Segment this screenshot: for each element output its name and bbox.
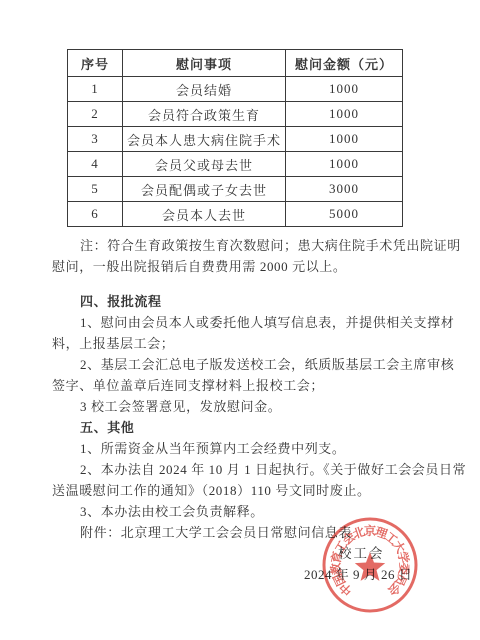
note-line: 注：符合生育政策按生育次数慰问；患大病住院手术凭出院证明 [52, 235, 434, 256]
paragraph-line: 送温暖慰问工作的通知》（2018）110 号文同时废止。 [52, 480, 434, 501]
table-row: 6 会员本人去世 5000 [68, 202, 403, 227]
cell-serial: 1 [68, 77, 123, 102]
section-heading-other: 五、其他 [52, 417, 434, 438]
paragraph-line: 1、所需资金从当年预算内工会经费中列支。 [52, 438, 434, 459]
document-content: 序号 慰问事项 慰问金额（元） 1 会员结婚 1000 2 会员符合政策生育 1… [52, 0, 434, 585]
table-row: 4 会员父或母去世 1000 [68, 152, 403, 177]
signature-name: 校工会 [52, 543, 434, 564]
table-row: 2 会员符合政策生育 1000 [68, 102, 403, 127]
cell-amount: 1000 [286, 102, 403, 127]
header-condolence-amount: 慰问金额（元） [286, 50, 403, 77]
cell-amount: 1000 [286, 77, 403, 102]
cell-item: 会员结婚 [123, 77, 286, 102]
header-condolence-item: 慰问事项 [123, 50, 286, 77]
cell-serial: 3 [68, 127, 123, 152]
document-page: 序号 慰问事项 慰问金额（元） 1 会员结婚 1000 2 会员符合政策生育 1… [0, 0, 480, 640]
condolence-amount-table: 序号 慰问事项 慰问金额（元） 1 会员结婚 1000 2 会员符合政策生育 1… [67, 49, 403, 227]
paragraph-line: 3 校工会签署意见，发放慰问金。 [52, 396, 434, 417]
table-row: 3 会员本人患大病住院手术 1000 [68, 127, 403, 152]
cell-serial: 2 [68, 102, 123, 127]
cell-serial: 4 [68, 152, 123, 177]
table-row: 5 会员配偶或子女去世 3000 [68, 177, 403, 202]
cell-amount: 5000 [286, 202, 403, 227]
cell-item: 会员配偶或子女去世 [123, 177, 286, 202]
paragraph-line: 1、慰问由会员本人或委托他人填写信息表，并提供相关支撑材 [52, 312, 434, 333]
header-serial-number: 序号 [68, 50, 123, 77]
signature-date: 2024 年 9 月 26 日 [52, 564, 434, 585]
cell-item: 会员父或母去世 [123, 152, 286, 177]
cell-serial: 5 [68, 177, 123, 202]
table-row: 1 会员结婚 1000 [68, 77, 403, 102]
paragraph-line: 签字、单位盖章后连同支撑材料上报校工会； [52, 375, 434, 396]
cell-amount: 3000 [286, 177, 403, 202]
cell-amount: 1000 [286, 127, 403, 152]
cell-item: 会员符合政策生育 [123, 102, 286, 127]
cell-serial: 6 [68, 202, 123, 227]
paragraph-line: 料，上报基层工会； [52, 333, 434, 354]
paragraph-line: 3、本办法由校工会负责解释。 [52, 501, 434, 522]
paragraph-line: 2、本办法自 2024 年 10 月 1 日起执行。《关于做好工会会员日常 [52, 459, 434, 480]
note-line: 慰问，一般出院报销后自费费用需 2000 元以上。 [52, 256, 434, 277]
paragraph-line: 2、基层工会汇总电子版发送校工会，纸质版基层工会主席审核 [52, 354, 434, 375]
attachment-line: 附件：北京理工大学工会会员日常慰问信息表 [52, 522, 434, 543]
section-heading-approval-process: 四、报批流程 [52, 291, 434, 312]
cell-item: 会员本人患大病住院手术 [123, 127, 286, 152]
cell-item: 会员本人去世 [123, 202, 286, 227]
cell-amount: 1000 [286, 152, 403, 177]
table-header-row: 序号 慰问事项 慰问金额（元） [68, 50, 403, 77]
